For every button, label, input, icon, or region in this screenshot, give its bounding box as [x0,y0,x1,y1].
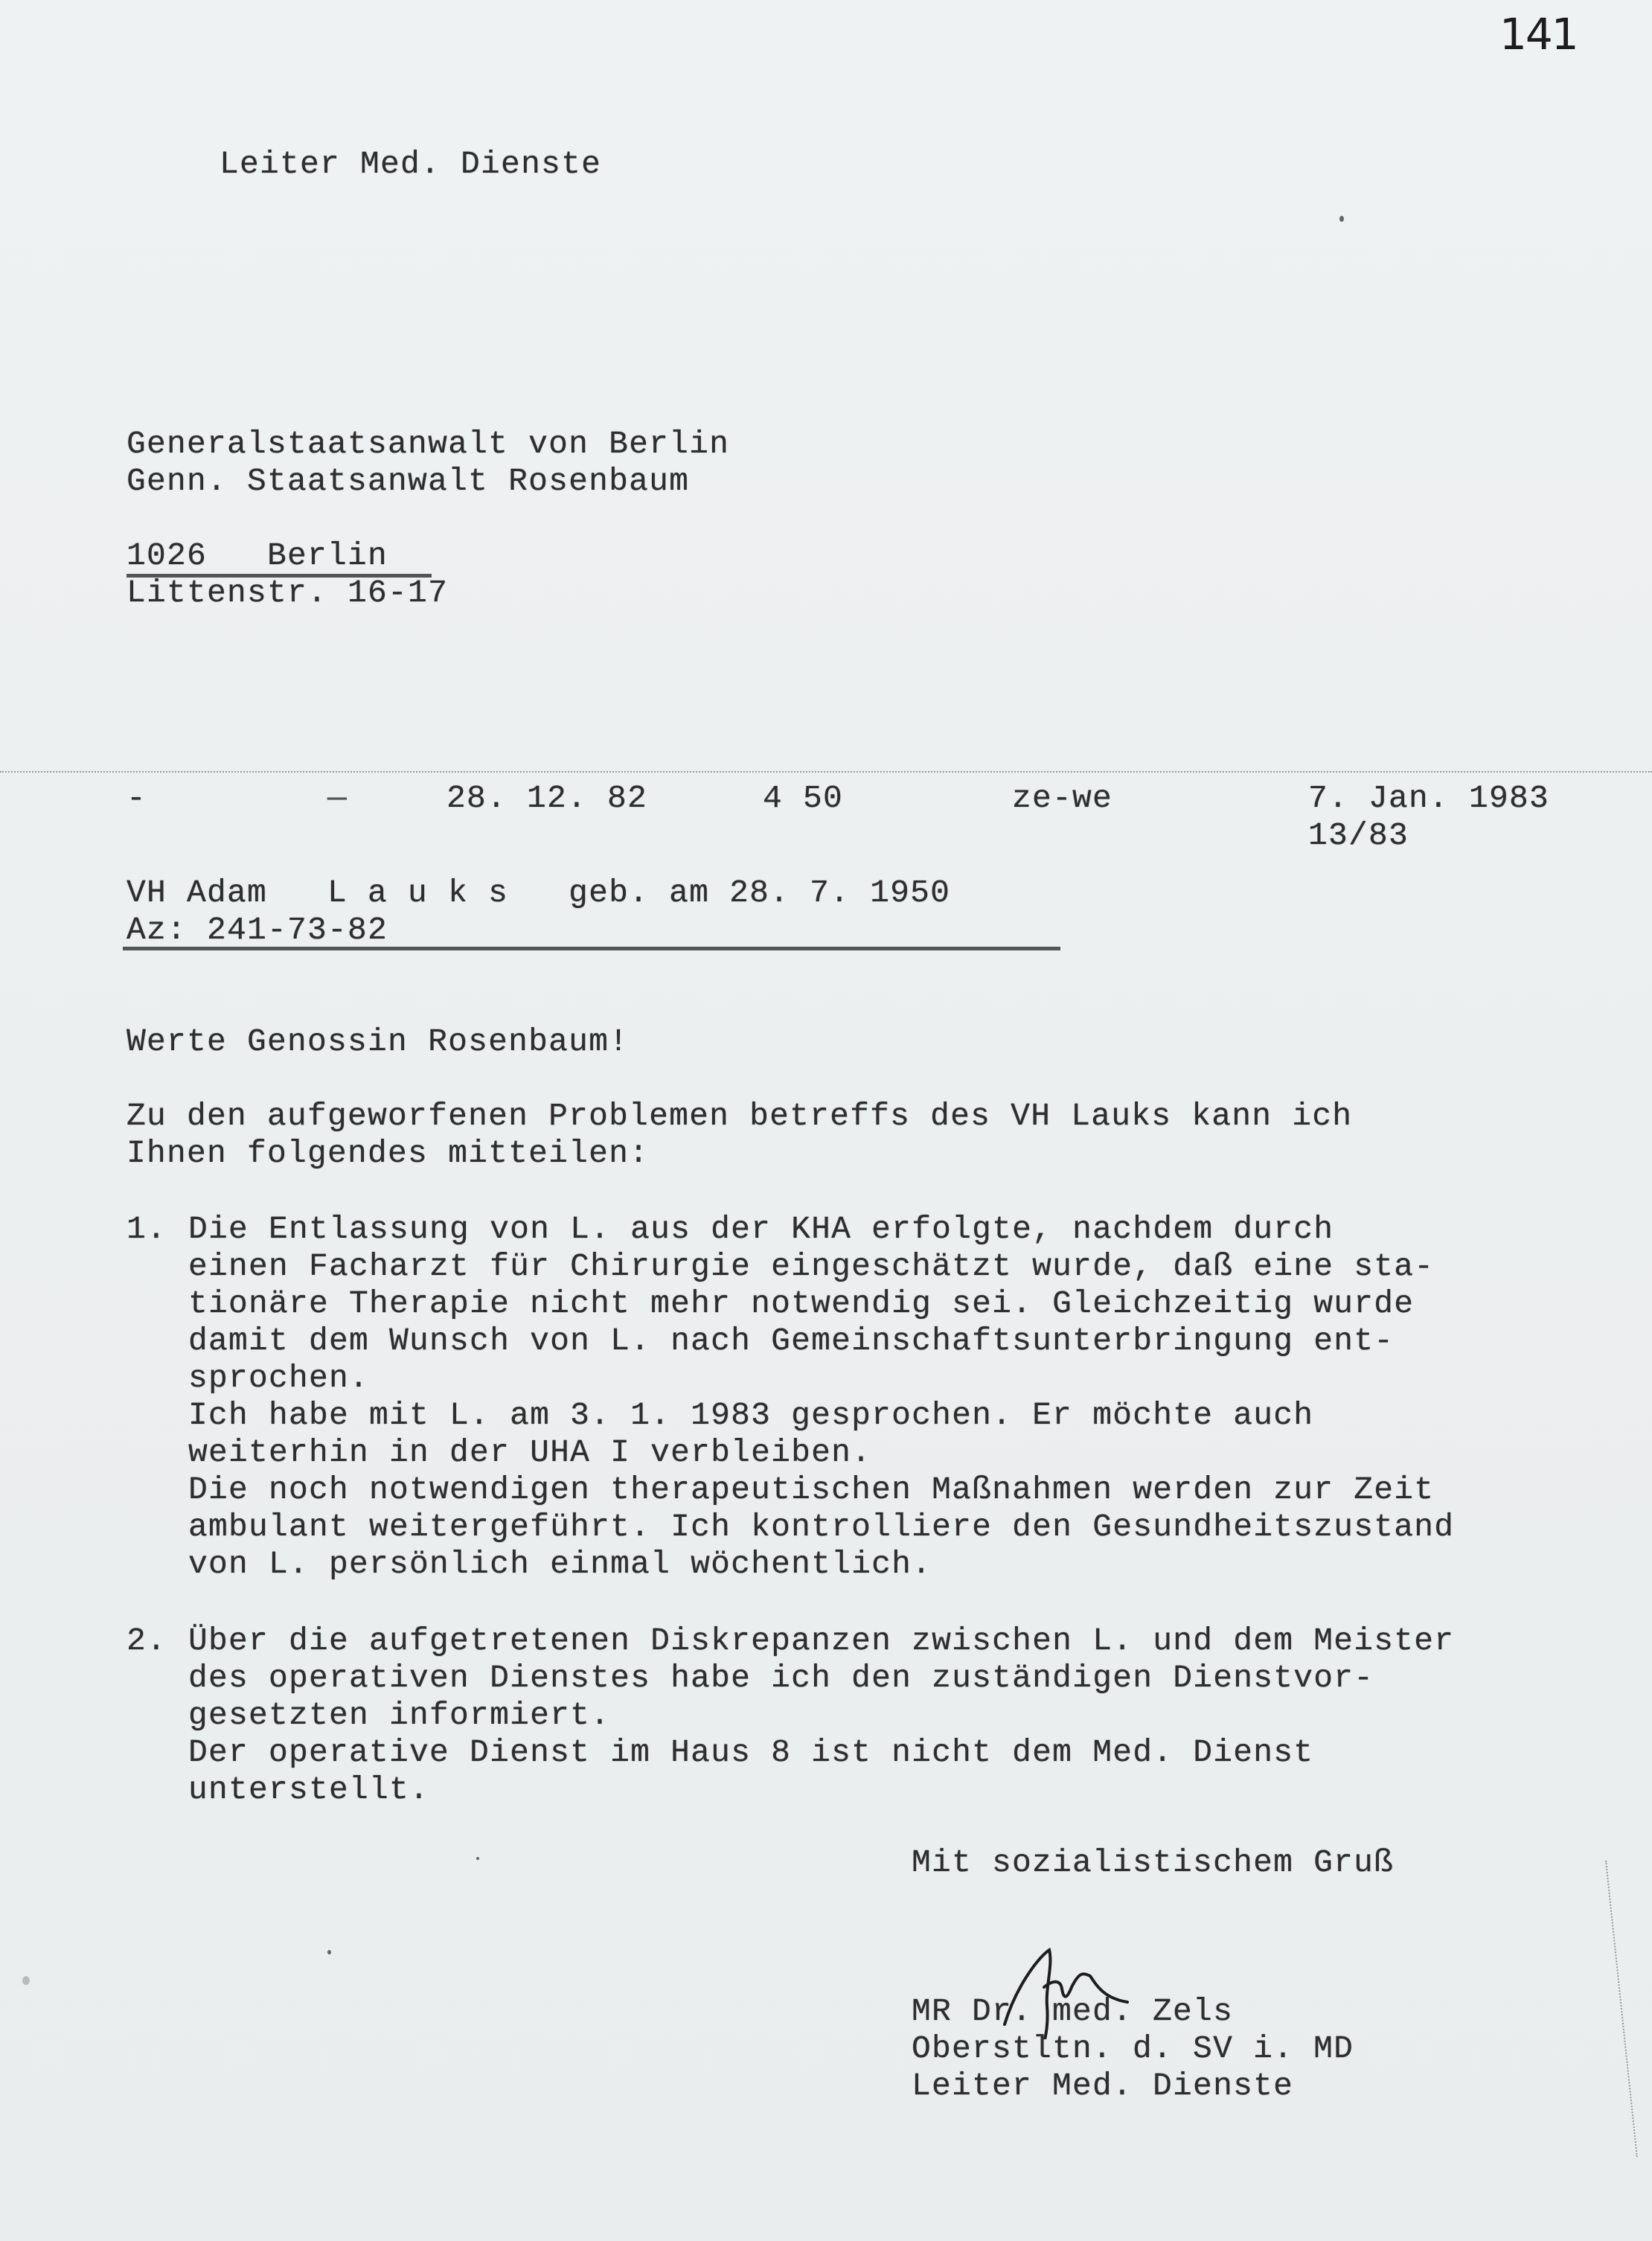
their-reference: 4 50 [763,780,843,817]
point-2-line: Über die aufgetretenen Diskrepanzen zwis… [188,1623,1454,1660]
recipient-street: Littenstr. 16-17 [127,575,448,612]
point-1-line: sprochen. [188,1360,369,1397]
paper-speck [1339,216,1344,222]
intro-line-1: Zu den aufgeworfenen Problemen betreffs … [127,1098,1352,1135]
point-2-line: gesetzten informiert. [188,1697,610,1734]
scan-edge-marks [1590,1861,1638,2158]
salutation: Werte Genossin Rosenbaum! [127,1023,629,1061]
handwritten-page-number: 141 [1499,9,1578,60]
point-2-number: 2. [127,1623,167,1660]
fold-line-dotted [0,771,1652,773]
point-1-line: von L. persönlich einmal wöchentlich. [188,1546,932,1583]
letter-date: 7. Jan. 1983 [1308,780,1549,817]
recipient-postcode-city: 1026 Berlin [127,537,388,575]
subject-line-1: VH Adam L a u k s geb. am 28. 7. 1950 [127,875,950,912]
their-date: 28. 12. 82 [446,780,647,817]
subject-underline [123,947,1060,950]
point-1-line: damit dem Wunsch von L. nach Gemeinschaf… [188,1323,1394,1360]
paper-speck [476,1857,479,1860]
recipient-line-2: Genn. Staatsanwalt Rosenbaum [127,463,689,500]
point-1-line: ambulant weitergeführt. Ich kontrolliere… [188,1509,1454,1546]
paper-speck [327,1950,331,1954]
reference-mark: — [327,780,348,817]
signatory-name: MR Dr. med. Zels [912,1993,1233,2030]
point-1-line: Die Entlassung von L. aus der KHA erfolg… [188,1211,1334,1248]
recipient-line-1: Generalstaatsanwalt von Berlin [127,426,729,463]
point-2-line: unterstellt. [188,1771,429,1809]
reference-dash: - [127,780,147,817]
point-1-line: einen Facharzt für Chirurgie eingeschätz… [188,1248,1434,1285]
paper-speck [22,1976,30,1985]
initials: ze-we [1012,780,1112,817]
signatory-rank: Oberstltn. d. SV i. MD [912,2030,1354,2068]
point-1-line: Ich habe mit L. am 3. 1. 1983 gesprochen… [188,1397,1313,1434]
letter-number: 13/83 [1308,817,1409,854]
intro-line-2: Ihnen folgendes mitteilen: [127,1135,649,1172]
sender-header: Leiter Med. Dienste [220,146,601,183]
signatory-title: Leiter Med. Dienste [912,2068,1293,2105]
point-2-line: Der operative Dienst im Haus 8 ist nicht… [188,1734,1313,1771]
point-1-number: 1. [127,1211,167,1248]
point-2-line: des operativen Dienstes habe ich den zus… [188,1660,1374,1697]
subject-line-2: Az: 241-73-82 [127,912,388,949]
point-1-line: weiterhin in der UHA I verbleiben. [188,1434,871,1471]
closing: Mit sozialistischem Gruß [912,1844,1394,1882]
point-1-line: tionäre Therapie nicht mehr notwendig se… [188,1285,1414,1323]
point-1-line: Die noch notwendigen therapeutischen Maß… [188,1471,1434,1509]
letter-page: 141 Leiter Med. Dienste Generalstaatsanw… [0,0,1652,2241]
